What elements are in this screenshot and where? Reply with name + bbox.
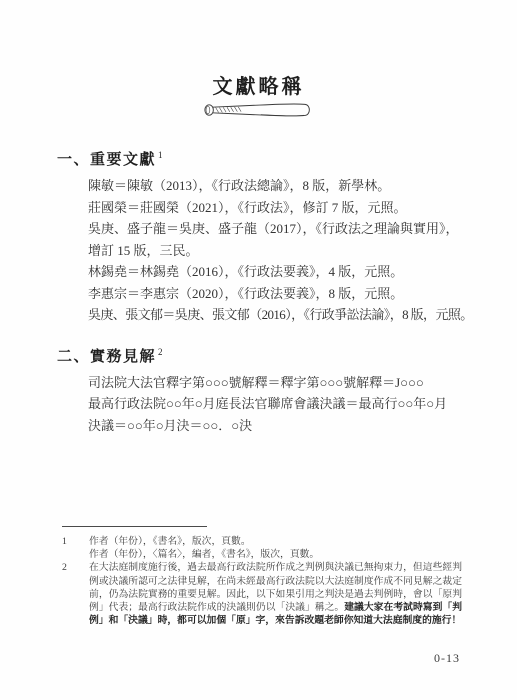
footnote-1-text: 作者（年份），《書名》，版次，頁數。 作者（年份），〈篇名〉，編者，《書名》，版… bbox=[89, 535, 462, 561]
section1-heading-text: 一、重要文獻 bbox=[57, 152, 156, 168]
footnote-2: 2 在大法庭制度施行後，過去最高行政法院所作成之判例與決議已無拘束力，但這些經判… bbox=[62, 561, 462, 627]
abbreviation-list: 司法院大法官釋字第○○○號解釋＝釋字第○○○號解釋＝J○○○ 最高行政法院○○年… bbox=[88, 372, 467, 437]
citation-line: 李惠宗＝李惠宗（2020），《行政法要義》，8 版，元照。 bbox=[88, 283, 467, 305]
citation-list: 陳敏＝陳敏（2013），《行政法總論》，8 版，新學林。 莊國榮＝莊國榮（202… bbox=[88, 175, 467, 326]
footnote-1: 1 作者（年份），《書名》，版次，頁數。 作者（年份），〈篇名〉，編者，《書名》… bbox=[62, 535, 462, 561]
abbreviation-line: 最高行政法院○○年○月庭長法官聯席會議決議＝最高行○○年○月 bbox=[88, 393, 467, 415]
citation-line: 林錫堯＝林錫堯（2016），《行政法要義》，4 版，元照。 bbox=[88, 261, 467, 283]
footnote-1-marker: 1 bbox=[62, 535, 89, 548]
baseball-bat-icon bbox=[0, 102, 517, 118]
citation-line: 陳敏＝陳敏（2013），《行政法總論》，8 版，新學林。 bbox=[88, 175, 467, 197]
footnote-1-line: 作者（年份），〈篇名〉，編者，《書名》，版次，頁數。 bbox=[89, 548, 462, 561]
citation-line: 莊國榮＝莊國榮（2021），《行政法》，修訂 7 版，元照。 bbox=[88, 197, 467, 219]
abbreviation-line: 決議＝○○年○月決＝○○．○決 bbox=[88, 415, 467, 437]
footnote-2-marker: 2 bbox=[62, 561, 89, 574]
footnote-ref-1: 1 bbox=[158, 150, 164, 160]
section2-heading-text: 二、實務見解 bbox=[57, 349, 156, 365]
book-page: 文獻略稱 一、重要文獻1 陳敏＝陳敏（2013），《行政法總論》，8 版，新學林… bbox=[0, 0, 517, 700]
footnotes-block: 1 作者（年份），《書名》，版次，頁數。 作者（年份），〈篇名〉，編者，《書名》… bbox=[62, 526, 462, 627]
citation-line: 增訂 15 版，三民。 bbox=[88, 240, 467, 262]
section1-heading: 一、重要文獻1 bbox=[57, 144, 517, 171]
title-block: 文獻略稱 bbox=[0, 0, 517, 118]
footnote-divider bbox=[62, 526, 207, 527]
footnote-1-line: 作者（年份），《書名》，版次，頁數。 bbox=[89, 535, 462, 548]
section2-heading: 二、實務見解2 bbox=[57, 341, 517, 368]
citation-line: 吳庚、盛子龍＝吳庚、盛子龍（2017），《行政法之理論與實用》， bbox=[88, 218, 467, 240]
footnote-2-text: 在大法庭制度施行後，過去最高行政法院所作成之判例與決議已無拘束力，但這些經判例或… bbox=[89, 561, 462, 627]
citation-line: 吳庚、張文郁＝吳庚、張文郁（2016），《行政爭訟法論》，8 版，元照。 bbox=[88, 304, 467, 326]
section-practical-opinions: 二、實務見解2 司法院大法官釋字第○○○號解釋＝釋字第○○○號解釋＝J○○○ 最… bbox=[0, 341, 517, 437]
abbreviation-line: 司法院大法官釋字第○○○號解釋＝釋字第○○○號解釋＝J○○○ bbox=[88, 372, 467, 394]
footnote-ref-2: 2 bbox=[158, 347, 164, 357]
page-title: 文獻略稱 bbox=[0, 70, 517, 99]
page-number: 0-13 bbox=[434, 651, 460, 666]
section-important-literature: 一、重要文獻1 陳敏＝陳敏（2013），《行政法總論》，8 版，新學林。 莊國榮… bbox=[0, 144, 517, 326]
